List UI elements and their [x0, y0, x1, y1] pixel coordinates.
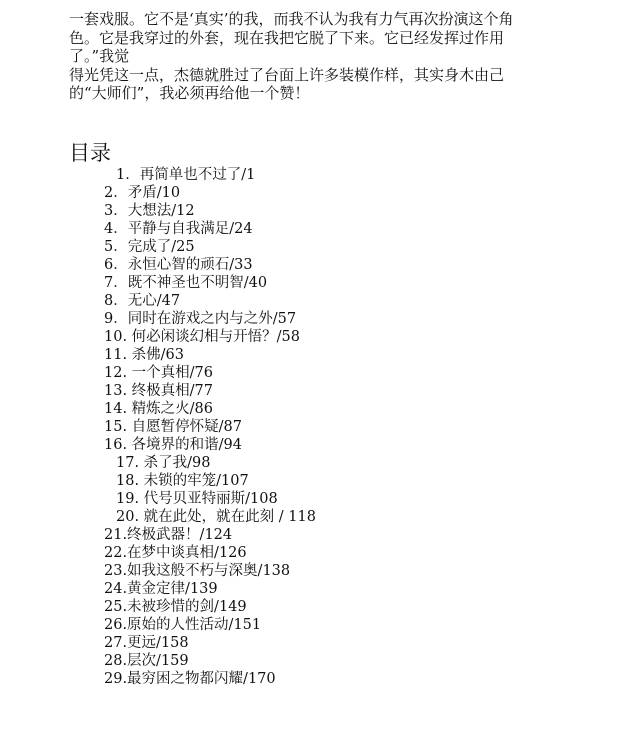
toc-item: 12. 一个真相/76 — [104, 364, 213, 382]
paragraph-line: 的“大师们”，我必须再给他一个赞！ — [69, 84, 539, 103]
toc-item: 2．矛盾/10 — [104, 184, 180, 202]
toc-item: 26.原始的人性活动/151 — [104, 616, 261, 634]
toc-item: 4．平静与自我满足/24 — [104, 220, 253, 238]
toc-item: 25.未被珍惜的剑/149 — [104, 598, 247, 616]
toc-item: 19. 代号贝亚特丽斯/108 — [116, 490, 278, 508]
toc-item: 14. 精炼之火/86 — [104, 400, 213, 418]
toc-item: 28.层次/159 — [104, 652, 189, 670]
toc-item: 6．永恒心智的顽石/33 — [104, 256, 253, 274]
paragraph-line: 一套戏服。它不是‘真实’的我，而我不认为我有力气再次扮演这个角 — [69, 10, 539, 29]
toc-item: 24.黄金定律/139 — [104, 580, 218, 598]
toc-item: 8．无心/47 — [104, 292, 180, 310]
toc-item: 10. 何必闲谈幻相与开悟？/58 — [104, 328, 300, 346]
toc-item: 20. 就在此处，就在此刻 / 118 — [116, 508, 316, 526]
toc-item: 27.更远/158 — [104, 634, 189, 652]
body-paragraph: 一套戏服。它不是‘真实’的我，而我不认为我有力气再次扮演这个角 色。它是我穿过的… — [69, 10, 539, 103]
toc-item: 7．既不神圣也不明智/40 — [104, 274, 267, 292]
toc-item: 21.终极武器！/124 — [104, 526, 232, 544]
toc-item: 18. 未锁的牢笼/107 — [116, 472, 249, 490]
toc-item: 22.在梦中谈真相/126 — [104, 544, 247, 562]
toc-item: 9．同时在游戏之内与之外/57 — [104, 310, 296, 328]
toc-item: 23.如我这般不朽与深奥/138 — [104, 562, 290, 580]
paragraph-line: 得光凭这一点，杰德就胜过了台面上许多装模作样，其实身木由己 — [69, 66, 539, 85]
toc-item: 5．完成了/25 — [104, 238, 195, 256]
toc-item: 16. 各境界的和谐/94 — [104, 436, 242, 454]
toc-item: 15. 自愿暂停怀疑/87 — [104, 418, 242, 436]
paragraph-line: 了。”我觉 — [69, 47, 539, 66]
toc-heading: 目录 — [69, 140, 111, 166]
toc-item: 1．再简单也不过了/1 — [116, 166, 255, 184]
toc-item: 13. 终极真相/77 — [104, 382, 213, 400]
toc-item: 11. 杀佛/63 — [104, 346, 184, 364]
paragraph-line: 色。它是我穿过的外套，现在我把它脱了下来。它已经发挥过作用 — [69, 29, 539, 48]
toc-item: 3．大想法/12 — [104, 202, 195, 220]
toc-item: 17. 杀了我/98 — [116, 454, 211, 472]
toc-item: 29.最穷困之物都闪耀/170 — [104, 670, 276, 688]
